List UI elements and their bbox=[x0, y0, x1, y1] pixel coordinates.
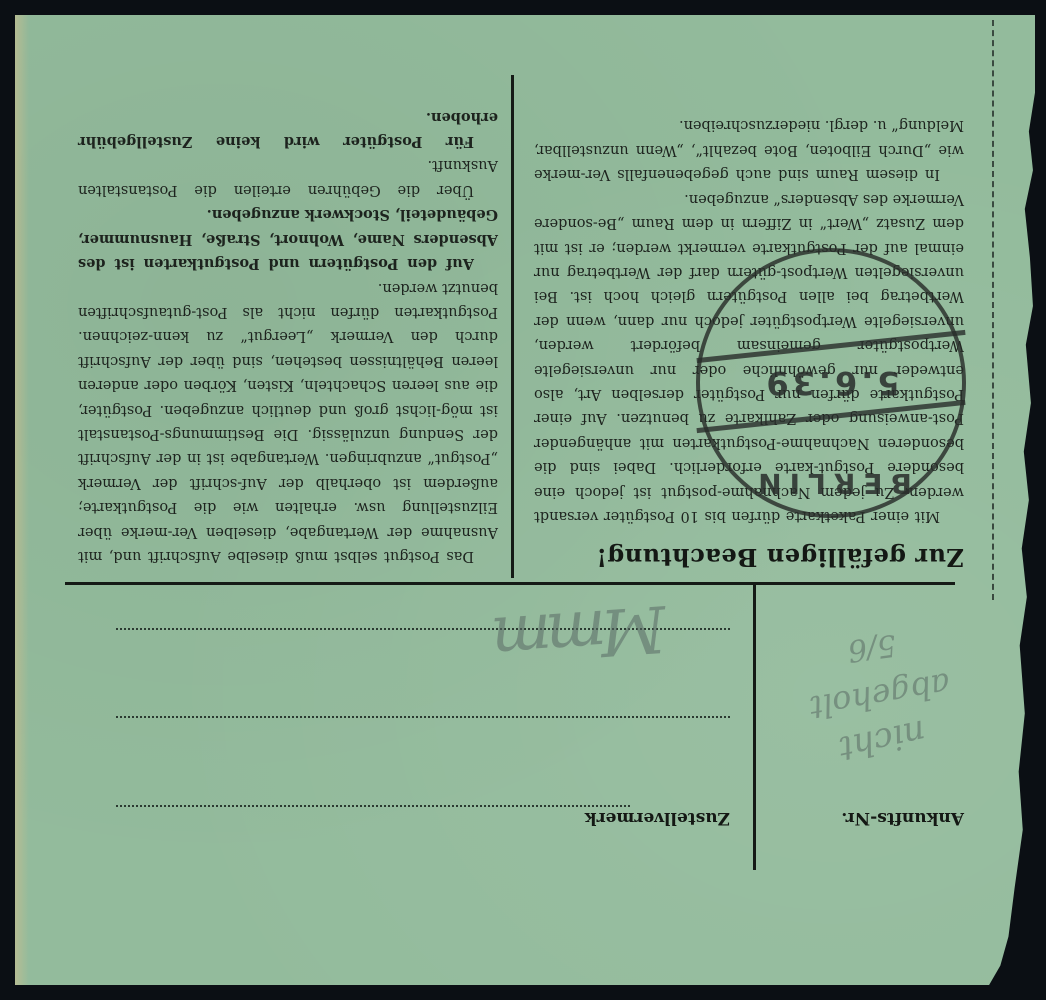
section-divider-horizontal bbox=[65, 582, 955, 585]
handwritten-signature: Mmm bbox=[495, 590, 669, 676]
postmark-date: 5.6.39 bbox=[700, 364, 962, 402]
rule-paragraph-fees: Über die Gebühren erteilen die Postansta… bbox=[78, 153, 498, 202]
notice-paragraph: In diesem Raum sind auch gegebenenfalls … bbox=[534, 113, 964, 186]
postmark-stamp: BERLIN 5.6.39 bbox=[696, 248, 966, 518]
rule-paragraph-delivery: Für Postgüter wird keine Zustellgebühr e… bbox=[78, 104, 498, 153]
rotated-card-scene: Ankunfts-Nr. nicht abgeholt 5/6 Zustellv… bbox=[0, 0, 1046, 1000]
zustellvermerk-line-1[interactable] bbox=[116, 805, 630, 807]
postmark-city: BERLIN bbox=[700, 467, 962, 500]
notice-column-divider bbox=[511, 75, 514, 578]
rule-paragraph-sender: Auf den Postgütern und Postgutkarten ist… bbox=[78, 202, 498, 275]
ankunfts-nr-label: Ankunfts-Nr. bbox=[841, 808, 964, 828]
handwritten-note-date: 5/6 bbox=[846, 627, 899, 668]
notice-heading: Zur gefälligen Beachtung! bbox=[596, 543, 964, 572]
postmark-bar bbox=[696, 400, 965, 433]
zustellvermerk-label: Zustellvermerk bbox=[585, 808, 730, 828]
form-column-divider bbox=[753, 585, 756, 870]
postmark-bar bbox=[696, 330, 965, 363]
card-aged-edge bbox=[15, 15, 29, 985]
rule-paragraph: Das Postgut selbst muß dieselbe Aufschri… bbox=[78, 275, 498, 568]
zustellvermerk-line-2[interactable] bbox=[116, 716, 730, 718]
rules-body: Das Postgut selbst muß dieselbe Aufschri… bbox=[78, 104, 498, 568]
perforation-line bbox=[992, 20, 994, 600]
